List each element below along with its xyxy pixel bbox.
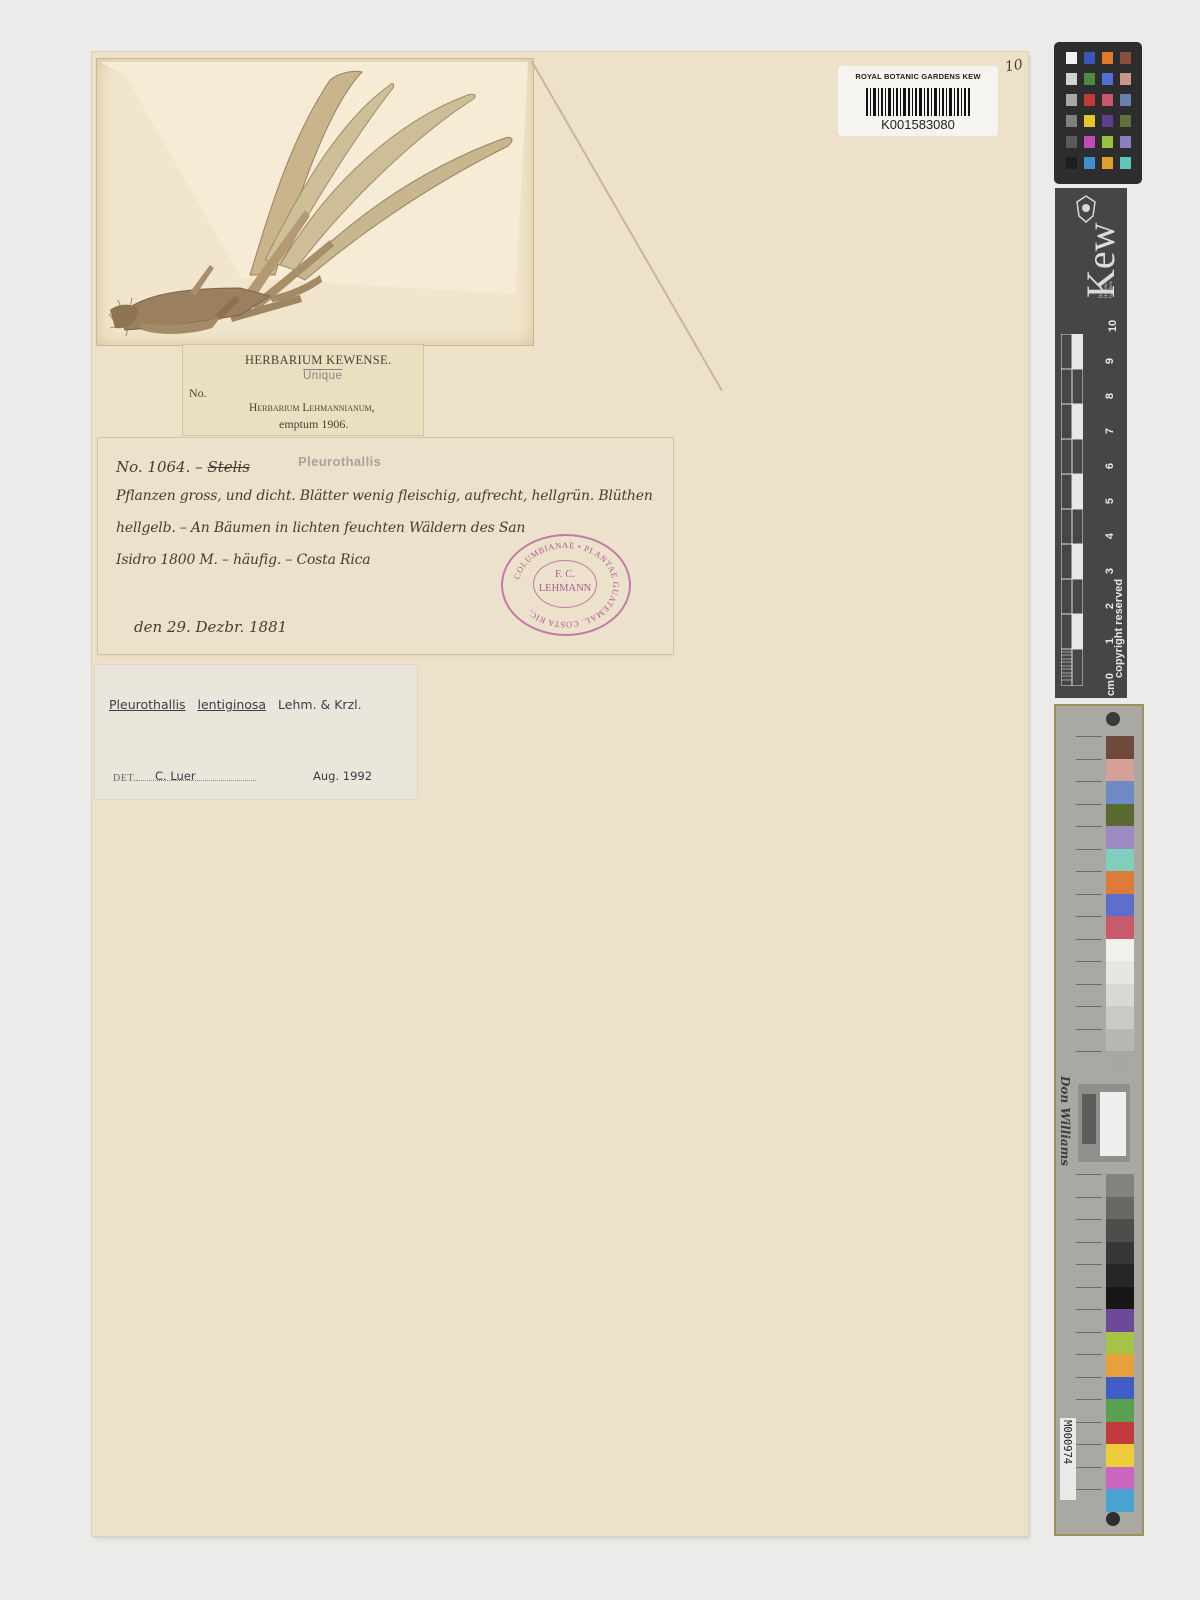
colour-target-patch-30 (1106, 1489, 1134, 1512)
kew-logo-subtext: Royal Botanic Gardens (1099, 270, 1114, 298)
colour-target-patch-27 (1106, 1422, 1134, 1445)
colour-target-patch-5 (1106, 826, 1134, 849)
determiner-name: C. Luer (155, 769, 196, 783)
colour-target-patch-7 (1106, 871, 1134, 894)
colour-target-patch-17 (1106, 1197, 1134, 1220)
target-registration-dot (1106, 712, 1120, 726)
colour-target-patch-2 (1106, 759, 1134, 782)
colour-target-patch-19 (1106, 1242, 1134, 1265)
struck-genus: Stelis (207, 458, 249, 476)
colour-checker-swatch (1102, 157, 1113, 169)
collector-note-line-3: Isidro 1800 M. – häufig. – Costa Rica (116, 552, 370, 568)
colour-target-patch-8 (1106, 894, 1134, 917)
colour-checker-swatch (1102, 52, 1113, 64)
colour-checker-swatch (1120, 52, 1131, 64)
cm-tick-label: 7 (1104, 428, 1116, 434)
colour-checker-swatch (1084, 73, 1095, 85)
colour-checker-swatch (1084, 157, 1095, 169)
barcode-label: ROYAL BOTANIC GARDENS KEW K001583080 (838, 66, 998, 136)
colour-target-patch-6 (1106, 849, 1134, 872)
colour-target-patch-22 (1106, 1309, 1134, 1332)
acquisition-year: emptum 1906. (279, 417, 348, 432)
target-registration-dot-bottom (1106, 1512, 1120, 1526)
collection-number: No. 1064. – Stelis (116, 458, 250, 476)
colour-checker-swatch (1102, 115, 1113, 127)
colour-checker-swatch (1084, 115, 1095, 127)
colour-checker-swatch (1066, 52, 1077, 64)
cm-tick-label: 0 (1104, 673, 1116, 679)
cm-tick-label: 2 (1104, 603, 1116, 609)
collector-label: No. 1064. – Stelis Pleurothallis Pflanze… (97, 437, 674, 655)
cm-ruler (1061, 334, 1083, 686)
barcode-number: K001583080 (838, 117, 998, 132)
target-maker: Don Williams (1058, 1076, 1072, 1166)
taxon-genus: Pleurothallis (109, 697, 186, 712)
pressed-plant-specimen (100, 60, 530, 350)
lehmann-collector-stamp: COLUMBIANAE • PLANTAE GUATEMAL. COSTA RI… (501, 534, 631, 636)
colour-target-patch-24 (1106, 1354, 1134, 1377)
colour-target-patch-3 (1106, 781, 1134, 804)
colour-checker-swatch (1084, 136, 1095, 148)
label-title: HERBARIUM KEWENSE. (245, 353, 391, 368)
colour-target-patch-1 (1106, 736, 1134, 759)
source-herbarium: Herbarium Lehmannianum, (249, 402, 375, 414)
colour-target-patch-12 (1106, 984, 1134, 1007)
colour-target-patch-4 (1106, 804, 1134, 827)
cm-tick-label: 1 (1104, 638, 1116, 644)
colour-checker-swatch (1120, 73, 1131, 85)
sheet-number: 10 (1004, 57, 1024, 76)
colour-target-patch-11 (1106, 961, 1134, 984)
cm-tick-label: 9 (1104, 358, 1116, 364)
collection-date: den 29. Dezbr. 1881 (134, 618, 287, 636)
collector-note-line-2: hellgelb. – An Bäumen in lichten feuchte… (116, 520, 525, 536)
taxon-name: Pleurothallis lentiginosa Lehm. & Krzl. (109, 697, 362, 712)
barcode-bars (866, 88, 970, 116)
genus-stamp: Pleurothallis (298, 454, 381, 469)
stamp-inner-oval: F. C. LEHMANN (533, 560, 597, 608)
colour-checker-swatch (1084, 94, 1095, 106)
colour-checker-swatch (1120, 94, 1131, 106)
target-code-label: M000974 (1060, 1418, 1076, 1500)
kew-crest-icon (1073, 194, 1099, 224)
colour-target-patch-26 (1106, 1399, 1134, 1422)
colour-checker-swatch (1084, 52, 1095, 64)
colour-target-patch-20 (1106, 1264, 1134, 1287)
unique-stamp: Unique (303, 370, 342, 382)
colour-target-patch-29 (1106, 1467, 1134, 1490)
colour-target-patch-18 (1106, 1219, 1134, 1242)
cm-tick-label: 4 (1104, 533, 1116, 539)
kew-scale-bar: Kew Royal Botanic Gardens copyright rese… (1055, 188, 1127, 698)
colour-target-strip: Don Williams M000974 (1054, 704, 1144, 1536)
determination-label: Pleurothallis lentiginosa Lehm. & Krzl. … (94, 664, 418, 800)
target-resolution-inset (1078, 1084, 1130, 1162)
colour-target-patch-21 (1106, 1287, 1134, 1310)
cm-unit-label: cm (1105, 680, 1117, 696)
colour-target-patch-13 (1106, 1006, 1134, 1029)
taxon-authority: Lehm. & Krzl. (278, 697, 362, 712)
cm-tick-label: 10 (1107, 320, 1119, 332)
cm-tick-label: 5 (1104, 498, 1116, 504)
collection-number-text: No. 1064. – (116, 458, 203, 476)
colour-checker-swatch (1102, 73, 1113, 85)
colour-target-patch-25 (1106, 1377, 1134, 1400)
colour-target-patch-10 (1106, 939, 1134, 962)
institution-name: ROYAL BOTANIC GARDENS KEW (838, 72, 998, 81)
colour-target-patch-9 (1106, 916, 1134, 939)
herbarium-kewense-label: HERBARIUM KEWENSE. Unique No. Herbarium … (182, 344, 424, 436)
colour-target-patch-14 (1106, 1029, 1134, 1052)
cm-tick-label: 8 (1104, 393, 1116, 399)
colour-checker-swatch (1102, 136, 1113, 148)
colour-checker-swatch (1066, 73, 1077, 85)
stamp-name: LEHMANN (534, 583, 596, 594)
number-field-label: No. (189, 386, 207, 401)
colour-checker-swatch (1066, 136, 1077, 148)
colour-checker-swatch (1120, 136, 1131, 148)
collector-note-line-1: Pflanzen gross, und dicht. Blätter wenig… (116, 488, 653, 504)
determination-date: Aug. 1992 (313, 769, 372, 783)
colour-checker-swatch (1102, 94, 1113, 106)
colour-checker-swatch (1066, 157, 1077, 169)
colour-checker-card (1054, 42, 1142, 184)
colour-target-patch-28 (1106, 1444, 1134, 1467)
colour-target-patch-23 (1106, 1332, 1134, 1355)
colour-target-patch-15 (1106, 1051, 1134, 1074)
taxon-species: lentiginosa (197, 697, 266, 712)
cm-tick-label: 3 (1104, 568, 1116, 574)
colour-target-patch-16 (1106, 1174, 1134, 1197)
colour-checker-swatch (1120, 115, 1131, 127)
colour-checker-swatch (1066, 94, 1077, 106)
stamp-initials: F. C. (534, 569, 596, 580)
copyright-notice: copyright reserved (1113, 579, 1125, 678)
colour-checker-swatch (1120, 157, 1131, 169)
colour-checker-swatch (1066, 115, 1077, 127)
cm-tick-label: 6 (1104, 463, 1116, 469)
